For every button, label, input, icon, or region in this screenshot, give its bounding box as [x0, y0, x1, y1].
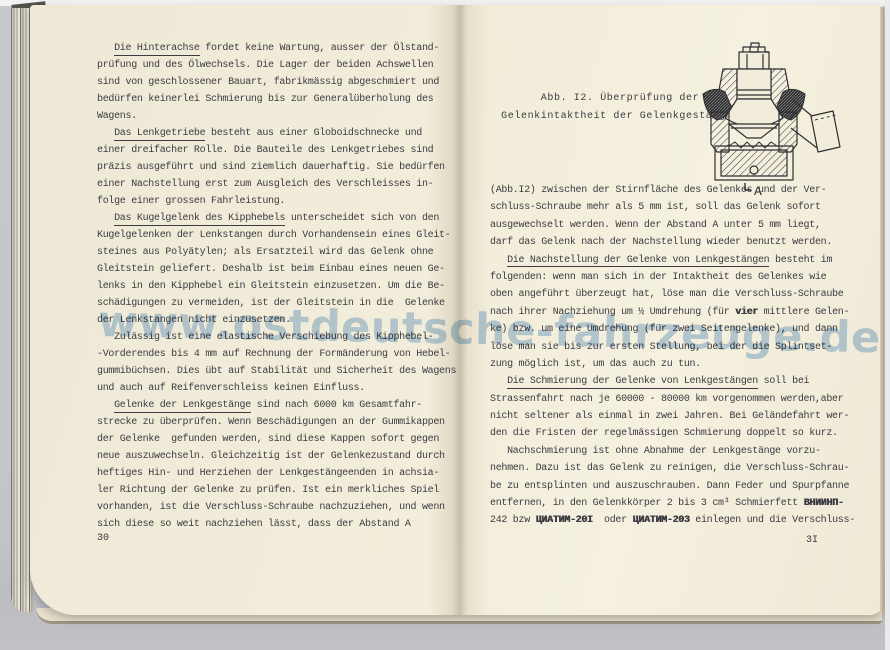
page-number-left: 30 [97, 533, 109, 544]
text-line: steines aus Polyätylen; als Ersatzteil w… [97, 244, 467, 261]
text-line: Nachschmierung ist ohne Abnahme der Lenk… [490, 443, 870, 460]
text-line: Die Nachstellung der Gelenke von Lenkges… [490, 252, 870, 269]
scanner-edge-right [885, 0, 890, 650]
figure-ball-joint-cross-section: A [693, 38, 878, 198]
text-line: lenks in den Kipphebel ein Gleitstein ei… [97, 278, 467, 295]
text-line: darf das Gelenk nach der Nachstellung wi… [490, 234, 870, 251]
text-line: Die Schmierung der Gelenke von Lenkgestä… [490, 373, 870, 390]
text-line: strecke zu überprüfen. Wenn Beschädigung… [97, 414, 467, 431]
page-right-edge [880, 7, 884, 613]
text-line: bedürfen keinerlei Schmierung bis zur Ge… [97, 91, 467, 108]
castle-nut [739, 47, 769, 69]
text-line: neue auszuwechseln. Gleichzeitig ist der… [97, 448, 467, 465]
text-line: oben angeführt überzeugt hat, löse man d… [490, 286, 870, 303]
text-line: einer dreifacher Rolle. Die Bauteile des… [97, 142, 467, 159]
rod-end [811, 111, 840, 152]
text-line: folge einer grossen Fahrleistung. [97, 193, 467, 210]
text-line: Die Hinterachse fordet keine Wartung, au… [97, 40, 467, 57]
bearing-cup [729, 124, 779, 138]
text-line: nehmen. Dazu ist das Gelenk zu reinigen,… [490, 460, 870, 477]
text-line: ler Richtung der Gelenke zu prüfen. Ist … [97, 482, 467, 499]
text-line: und auch auf Reifenverschleiss keinen Ei… [97, 380, 467, 397]
text-line: vorhanden, ist die Verschluss-Schraube n… [97, 499, 467, 516]
text-line: prüfung und des Ölwechsels. Die Lager de… [97, 57, 467, 74]
text-line: präzis ausgeführt und sind ziemlich daue… [97, 159, 467, 176]
spring [729, 142, 777, 148]
text-line: schluss-Schraube mehr als 5 mm ist, soll… [490, 199, 870, 216]
text-line: Gleitstein geliefert. Deshalb ist beim E… [97, 261, 467, 278]
text-line: einer Nachstellung erst zum Ausgleich de… [97, 176, 467, 193]
left-page-text: Die Hinterachse fordet keine Wartung, au… [97, 40, 467, 533]
text-line: (Abb.I2) zwischen der Stirnfläche des Ge… [490, 182, 870, 199]
text-line: entfernen, in den Gelenkkörper 2 bis 3 c… [490, 495, 870, 512]
text-line: sich diese so weit nachziehen lässt, das… [97, 516, 467, 533]
text-line: folgenden: wenn man sich in der Intakthe… [490, 269, 870, 286]
text-line: sind von geschlossener Bauart, fabrikmäs… [97, 74, 467, 91]
text-line: Das Kugelgelenk des Kipphebels untersche… [97, 210, 467, 227]
joint-drawing: A [693, 38, 878, 198]
text-line: den die Fristen der regelmässigen Schmie… [490, 425, 870, 442]
text-line: heftiges Hin- und Herziehen der Lenkgest… [97, 465, 467, 482]
book-scan: Die Hinterachse fordet keine Wartung, au… [0, 0, 890, 650]
text-line: Kugelgelenken der Lenkstangen durch Vorh… [97, 227, 467, 244]
text-line: Das Lenkgetriebe besteht aus einer Globo… [97, 125, 467, 142]
text-line: der Gelenke gefunden werden, sind diese … [97, 431, 467, 448]
text-line: be zu entsplinten und auszuschrauben. Da… [490, 478, 870, 495]
splint-hole [750, 166, 758, 174]
page-number-right: 3I [806, 535, 818, 546]
text-line: Gelenke der Lenkgestänge sind nach 6000 … [97, 397, 467, 414]
text-line: Strassenfahrt nach je 60000 - 80000 km v… [490, 391, 870, 408]
text-line: Wagens. [97, 108, 467, 125]
cotter-pin [751, 43, 759, 47]
ball-head [725, 99, 783, 127]
text-line: ausgewechselt werden. Wenn der Abstand A… [490, 217, 870, 234]
text-line: 242 bzw ЦИАТИМ-20I oder ЦИАТИМ-203 einle… [490, 512, 870, 529]
text-line: gummibüchsen. Dies übt auf Stabilität un… [97, 363, 467, 380]
text-line: nicht seltener als einmal in zwei Jahren… [490, 408, 870, 425]
